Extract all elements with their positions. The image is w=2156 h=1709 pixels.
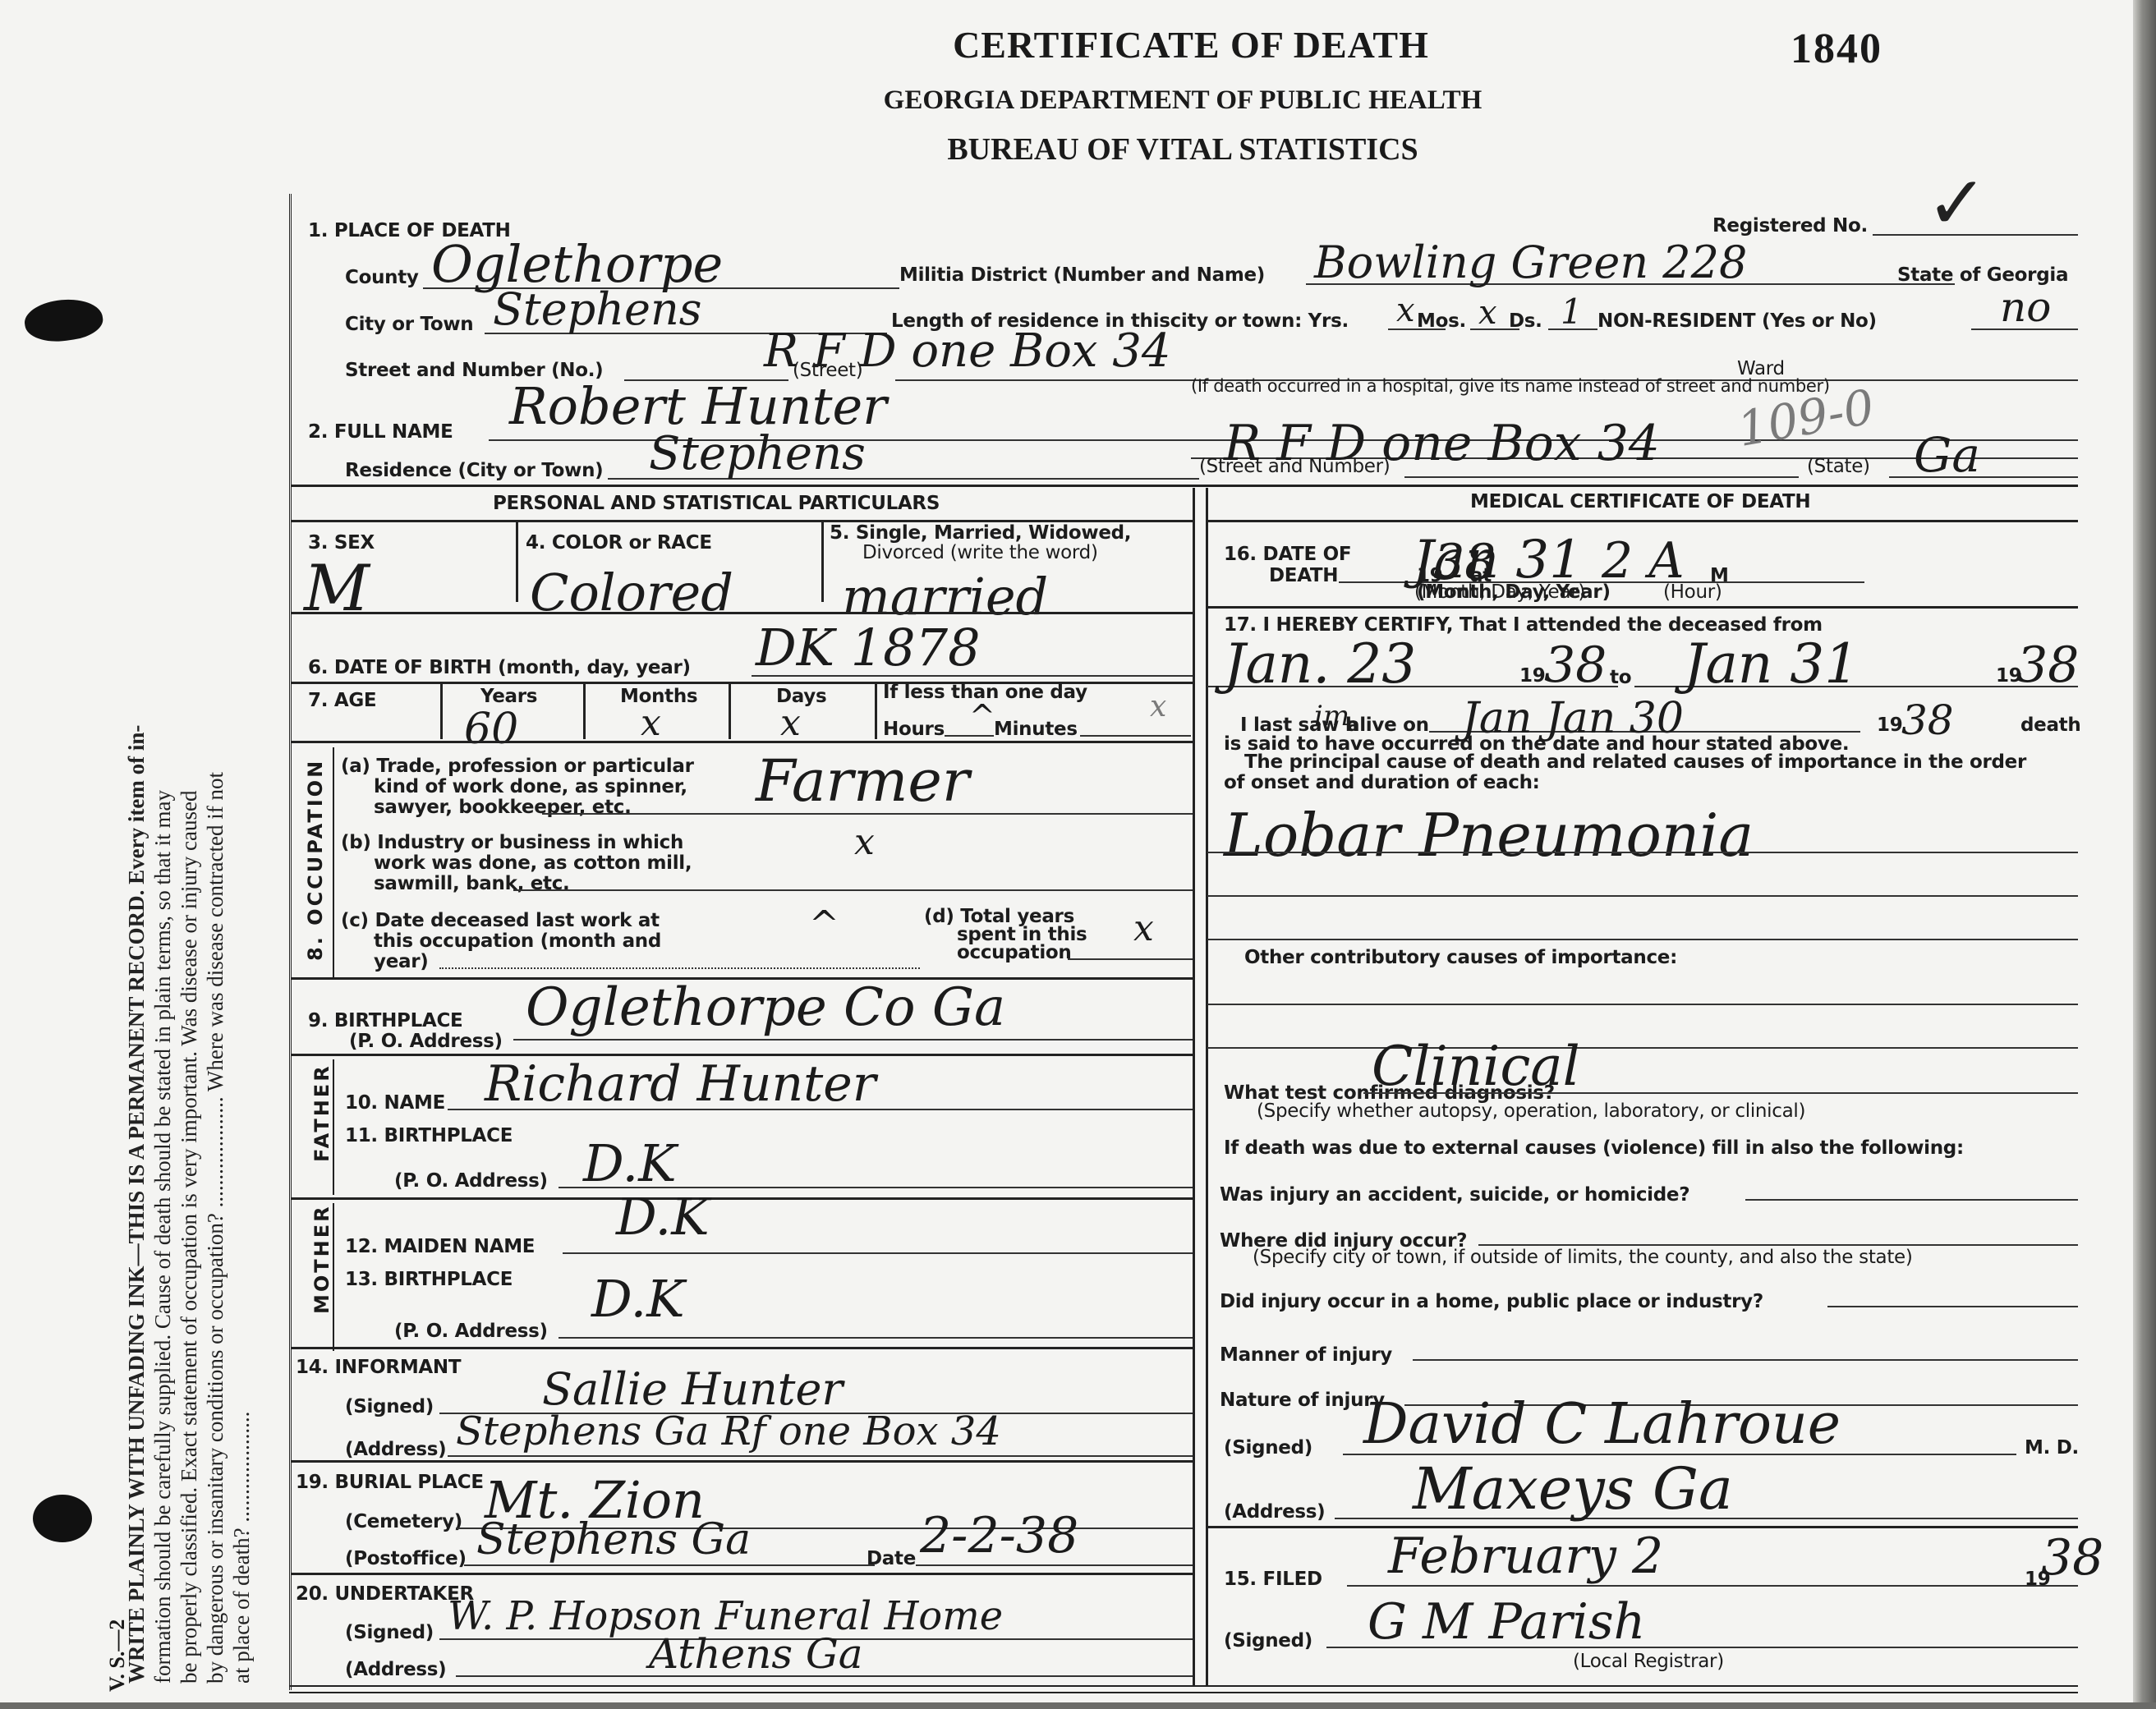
cell-divider [440,682,443,739]
cause-line-3 [1207,939,2078,940]
birthplace-field[interactable]: Oglethorpe Co Ga [526,977,1005,1038]
side-divider [333,1059,334,1195]
cell-divider [875,682,877,739]
militia-district-field[interactable]: Bowling Green 228 [1314,237,1747,288]
contributory-line-1 [1207,1004,2078,1005]
cause-of-death-field[interactable]: Lobar Pneumonia [1224,801,1754,870]
instruction-line: formation should be carefully supplied. … [149,115,176,1684]
filed-date-field[interactable]: February 2 [1388,1528,1663,1585]
document-title: CERTIFICATE OF DEATH [903,23,1478,67]
age-years-field[interactable]: 60 [464,705,518,754]
last-saw-year-field[interactable]: 38 [1901,696,1954,744]
race-label: 4. COLOR or RACE [526,532,712,554]
dob-label: 6. DATE OF BIRTH (month, day, year) [308,657,691,678]
county-label: County [345,267,419,288]
divider [292,612,1193,614]
age-label: 7. AGE [308,690,376,711]
home-line [1827,1306,2078,1307]
instruction-line: be properly classified. Exact statement … [176,115,202,1684]
hours-label: Hours [883,719,945,740]
side-divider [333,1203,334,1351]
residence-street-field[interactable]: R F D one Box 34 [1224,415,1660,472]
instruction-line: at place of death? .................... [228,115,255,1684]
undertaker-address-label: (Address) [345,1659,446,1680]
full-name-label: 2. FULL NAME [308,421,453,443]
birthplace-label-1: 9. BIRTHPLACE [308,1010,462,1031]
divider [292,1460,1193,1463]
accident-label: Was injury an accident, suicide, or homi… [1220,1184,1689,1206]
occ-a-label-1: (a) Trade, profession or particular [341,756,694,777]
sex-field[interactable]: M [304,552,370,626]
hospital-note: (If death occurred in a hospital, give i… [1191,376,1830,396]
occ-d-line [1068,958,1193,960]
mother-maiden-name-field[interactable]: D.K [616,1187,710,1247]
column-divider [1206,488,1208,1685]
ink-blot [22,295,105,347]
medical-section-title: MEDICAL CERTIFICATE OF DEATH [1470,491,1810,512]
at-label: at [1470,565,1492,586]
filed-year-field[interactable]: 38 [2041,1529,2103,1587]
residence-street-line [1404,476,1799,478]
age-days-field[interactable]: x [780,702,801,744]
bureau-name: BUREAU OF VITAL STATISTICS [854,131,1511,168]
dob-field[interactable]: DK 1878 [756,618,981,678]
attended-from-field[interactable]: Jan. 23 [1224,632,1416,696]
occ-c-line [439,967,920,969]
death-label: death [2020,714,2080,736]
where-line [1478,1244,2078,1246]
father-side-label: FATHER [310,1064,333,1162]
ds-field[interactable]: 1 [1561,292,1583,332]
cell-divider [821,520,824,602]
undertaker-signed-label: (Signed) [345,1622,434,1643]
physician-signed-label: (Signed) [1224,1437,1312,1459]
registered-no-label: Registered No. [1712,215,1868,237]
residence-city-field[interactable]: Stephens [649,427,866,480]
undertaker-address-field[interactable]: Athens Ga [649,1630,863,1678]
father-po-label: (P. O. Address) [394,1170,548,1192]
occ-b-label-2: work was done, as cotton mill, [374,852,692,874]
divider [292,741,1193,743]
occupation-total-years-field[interactable]: x [1133,907,1154,949]
occ-c-label-3: year) [374,951,428,972]
occ-b-line [513,889,1193,891]
side-divider [333,747,334,977]
department-name: GEORGIA DEPARTMENT OF PUBLIC HEALTH [805,85,1561,116]
instruction-line: WRITE PLAINLY WITH UNFADING INK—THIS IS … [123,115,149,1684]
informant-signed-field[interactable]: Sallie Hunter [542,1363,843,1415]
occupation-industry-field[interactable]: x [854,821,875,863]
to-label: to [1610,667,1631,688]
father-name-field[interactable]: Richard Hunter [485,1055,876,1113]
burial-postoffice-field[interactable]: Stephens Ga [476,1515,751,1564]
to-year-field[interactable]: 38 [2016,636,2079,694]
registered-checkmark[interactable]: ✓ [1926,160,1988,246]
occ-a-label-2: kind of work done, as spinner, [374,776,687,797]
minutes-label: Minutes [994,719,1078,740]
minutes-field[interactable]: x [1150,690,1166,724]
age-months-field[interactable]: x [641,702,661,744]
cell-divider [729,682,731,739]
ds-label: Ds. [1509,310,1542,332]
minutes-line [1080,735,1191,737]
nonresident-label: NON-RESIDENT (Yes or No) [1597,310,1877,332]
manner-line [1413,1359,2078,1361]
column-divider [1193,488,1195,1685]
test-hint: (Specify whether autopsy, operation, lab… [1257,1100,1805,1122]
birthplace-label-2: (P. O. Address) [349,1031,503,1052]
occupation-side-label: 8. OCCUPATION [304,759,327,961]
residence-state-label: (State) [1807,456,1870,477]
external-label: If death was due to external causes (vio… [1224,1137,1964,1159]
attended-to-field[interactable]: Jan 31 [1684,632,1859,696]
occ-b-label-3: sawmill, bank, etc. [374,873,569,894]
cemetery-label: (Cemetery) [345,1511,462,1532]
mother-birthplace-label: 13. BIRTHPLACE [345,1269,513,1290]
instruction-line: by dangerous or insanitary conditions or… [202,115,228,1684]
occ-a-label-3: sawyer, bookkeeper, etc. [374,797,632,818]
divider [292,1197,1193,1200]
margin-instructions: WRITE PLAINLY WITH UNFADING INK—THIS IS … [123,115,255,1684]
principal-label-2: of onset and duration of each: [1224,772,1540,793]
dod-label-1: 16. DATE OF [1224,544,1351,565]
form-frame-bottom [289,1685,2078,1693]
mos-label: Mos. [1417,310,1466,332]
burial-date-label: Date [867,1548,916,1569]
mother-po-line [559,1337,1193,1339]
city-field[interactable]: Stephens [493,283,701,335]
occ-d-label-3: occupation [957,942,1071,963]
physician-signature-field[interactable]: David C Lahroue [1363,1392,1841,1457]
postoffice-line [464,1564,875,1566]
yrs-field[interactable]: x [1396,292,1415,329]
mother-maiden-line [563,1252,1193,1254]
personal-section-title: PERSONAL AND STATISTICAL PARTICULARS [493,493,940,514]
informant-address-label: (Address) [345,1439,446,1460]
home-label: Did injury occur in a home, public place… [1220,1291,1763,1312]
mother-po-label: (P. O. Address) [394,1321,548,1342]
burial-label: 19. BURIAL PLACE [296,1472,484,1493]
contributory-label: Other contributory causes of importance: [1244,947,1677,968]
birthplace-line [513,1039,1193,1041]
nonresident-field[interactable]: no [2000,283,2051,331]
occ-c-label-1: (c) Date deceased last work at [341,910,660,931]
father-name-label: 10. NAME [345,1092,445,1114]
mother-maiden-label: 12. MAIDEN NAME [345,1236,535,1257]
where-hint: (Specify city or town, if outside of lim… [1253,1247,1913,1268]
registrar-signature-field[interactable]: G M Parish [1368,1593,1645,1651]
cause-line-1 [1207,852,2078,853]
m-label: M [1710,565,1729,586]
informant-signed-label: (Signed) [345,1396,434,1417]
occupation-last-work-field[interactable]: ^ [809,903,839,945]
city-label: City or Town [345,314,473,335]
filed-line [1347,1585,2078,1587]
militia-district-label: Militia District (Number and Name) [899,264,1265,286]
divider [292,1347,1193,1349]
hours-line [945,735,994,737]
cell-divider [516,520,518,602]
marital-label-2: Divorced (write the word) [862,542,1098,563]
informant-label: 14. INFORMANT [296,1357,461,1378]
md-label: M. D. [2025,1437,2079,1459]
father-birthplace-field[interactable]: D.K [583,1133,677,1193]
test-confirmed-field[interactable]: Clinical [1372,1035,1580,1098]
hours-field[interactable]: ^ [969,698,995,734]
registrar-signed-label: (Signed) [1224,1630,1312,1652]
father-birthplace-label: 11. BIRTHPLACE [345,1125,513,1146]
manner-label: Manner of injury [1220,1344,1392,1366]
occ-c-label-2: this occupation (month and [374,930,661,952]
mother-side-label: MOTHER [310,1204,333,1314]
residence-label: Residence (City or Town) [345,460,603,481]
divider [1207,520,2078,522]
informant-address-field[interactable]: Stephens Ga Rf one Box 34 [456,1408,1001,1454]
last-saw-pronoun-field[interactable]: im [1314,700,1349,733]
contributory-line-2 [1207,1047,2078,1049]
divider [292,1573,1193,1575]
from-year-prefix: 19 [1519,665,1545,687]
last-saw-year-prefix: 19 [1877,714,1902,736]
from-year-field[interactable]: 38 [1544,636,1607,694]
scan-bottom-edge [0,1702,2156,1709]
ink-blot [33,1495,92,1542]
marital-label-1: 5. Single, Married, Widowed, [830,522,1131,544]
physician-address-label: (Address) [1224,1501,1325,1523]
place-street-field[interactable]: R F D one Box 34 [764,324,1171,378]
accident-line [1745,1199,2078,1201]
occ-b-label-1: (b) Industry or business in which [341,832,683,853]
burial-date-field[interactable]: 2-2-38 [920,1507,1078,1564]
nature-label: Nature of injury [1220,1390,1385,1411]
cause-line-2 [1207,895,2078,897]
occupation-trade-field[interactable]: Farmer [756,747,969,815]
certificate-number: 1840 [1791,25,1882,73]
divider [1207,606,2078,609]
filed-label: 15. FILED [1224,1569,1322,1590]
sex-label: 3. SEX [308,532,375,554]
principal-label-1: The principal cause of death and related… [1244,751,2026,773]
dod-label-2: DEATH [1269,565,1338,586]
registrar-hint: (Local Registrar) [1573,1651,1724,1672]
divider [292,485,2078,487]
informant-address-line [448,1455,1193,1457]
physician-address-field[interactable]: Maxeys Ga [1413,1455,1733,1523]
postoffice-label: (Postoffice) [345,1548,467,1569]
residence-state-field[interactable]: Ga [1914,427,1980,483]
scan-edge [2133,0,2156,1709]
mos-field[interactable]: x [1478,294,1497,332]
cell-divider [583,682,586,739]
mother-birthplace-field[interactable]: D.K [591,1269,685,1329]
burial-date-line [916,1564,1193,1566]
